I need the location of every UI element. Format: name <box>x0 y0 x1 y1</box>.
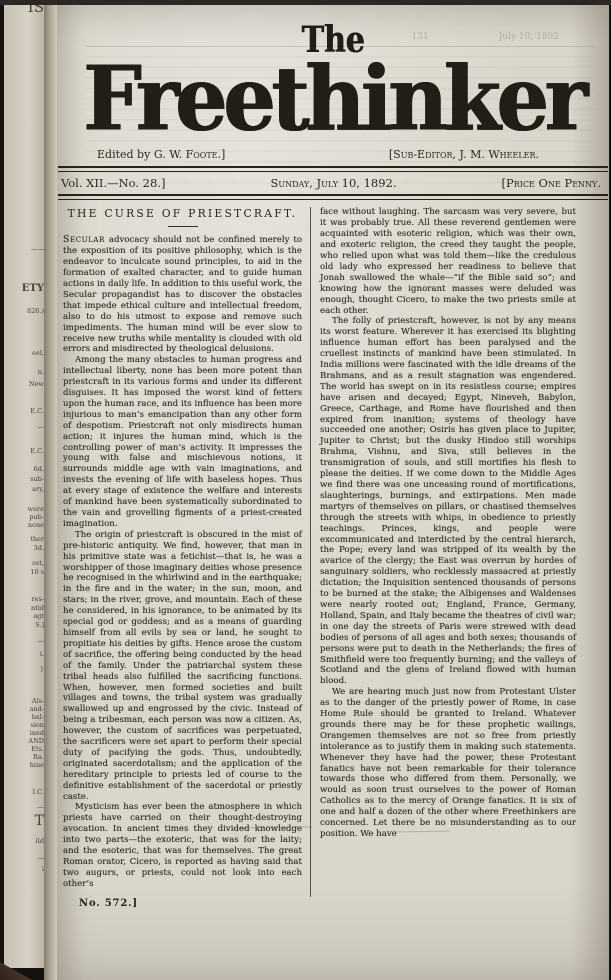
edge-text-fragment: ETY <box>22 284 44 294</box>
edge-text-fragment: ary, <box>32 486 44 493</box>
edge-text-fragment: E.C. <box>30 448 44 455</box>
price: [Price One Penny. <box>502 176 601 190</box>
edge-text-fragment: AND <box>28 738 44 745</box>
edge-text-fragment: were <box>28 506 44 513</box>
edge-text-fragment: eel, <box>32 350 44 357</box>
edge-text-fragment: agt <box>33 613 44 620</box>
paragraph: Mysticism has ever been the atmosphere i… <box>63 802 302 889</box>
edge-text-fragment: 10 s <box>30 569 44 576</box>
paragraph: Among the many obstacles to human progre… <box>63 355 302 530</box>
edge-text-fragment: ild <box>36 838 44 845</box>
edge-text-fragment: ost, <box>32 560 44 567</box>
lead-word: Secular <box>63 234 105 245</box>
edge-text-fragment: ther <box>30 536 44 543</box>
article-columns: THE CURSE OF PRIESTCRAFT. Secular advoca… <box>57 200 609 908</box>
issue-number: No. 572.] <box>63 898 302 909</box>
article-title: THE CURSE OF PRIESTCRAFT. <box>63 207 302 220</box>
edge-text-fragment: E.C. <box>30 408 44 415</box>
edge-text-fragment: and- <box>30 706 44 713</box>
right-column-text: face without laughing. The sarcasm was v… <box>320 207 576 840</box>
edge-text-fragment: none <box>28 522 44 529</box>
left-column: THE CURSE OF PRIESTCRAFT. Secular advoca… <box>63 207 310 908</box>
edge-text-fragment: Ra. <box>33 754 44 761</box>
masthead-title: Freethinker <box>57 56 609 143</box>
edge-text-fragment: 3d. <box>34 545 44 552</box>
edge-text-fragment: Ets. <box>31 746 44 753</box>
title-divider-rule <box>168 226 198 227</box>
paragraph: We are hearing much just now from Protes… <box>320 687 576 840</box>
edge-text-fragment: bal- <box>32 714 44 721</box>
edge-text-fragment: New <box>29 381 44 388</box>
edge-text-fragment: Als- <box>32 698 44 705</box>
dateline: Vol. XII.—No. 28.] Sunday, July 10, 1892… <box>57 172 609 194</box>
scanned-newspaper-page: { "masthead": { "the": "The", "title": "… <box>0 0 611 980</box>
edge-text-fragment: T <box>35 814 44 828</box>
volume-issue: Vol. XII.—No. 28.] <box>61 176 165 190</box>
edge-text-fragment: res- <box>32 596 45 603</box>
edge-text-fragment: pub- <box>29 514 44 521</box>
paragraph: The folly of priestcraft, however, is no… <box>320 316 576 687</box>
right-column: face without laughing. The sarcasm was v… <box>310 207 576 897</box>
paragraph: Secular advocacy should not be confined … <box>63 235 302 355</box>
edge-text-fragment: sub- <box>30 476 44 483</box>
scan-top-edge <box>0 0 611 5</box>
publication-date: Sunday, July 10, 1892. <box>270 176 396 190</box>
adjacent-page-edge: IS——ETY826.)eel,n.NewE.C.—E.C.6d.sub-ary… <box>4 0 48 968</box>
edge-text-fragment: 826.) <box>27 308 44 315</box>
paragraph: face without laughing. The sarcasm was v… <box>320 207 576 316</box>
masthead: The Freethinker <box>57 4 609 136</box>
edge-text-fragment: I.C. <box>33 789 44 796</box>
left-column-text: Secular advocacy should not be confined … <box>63 235 302 889</box>
edge-text-fragment: 6d. <box>34 466 44 473</box>
newspaper-page: 131 July 10, 1892 The Freethinker Edited… <box>57 4 609 980</box>
edge-text-fragment: ined <box>30 730 44 737</box>
paragraph: The origin of priestcraft is obscured in… <box>63 530 302 803</box>
edge-text-fragment: sion <box>30 722 44 729</box>
edge-text-fragment: S.] <box>35 622 44 629</box>
edge-text-fragment: ntid <box>31 605 44 612</box>
edge-text-fragment: hine <box>30 762 44 769</box>
edge-text-fragment: —— <box>31 246 44 253</box>
